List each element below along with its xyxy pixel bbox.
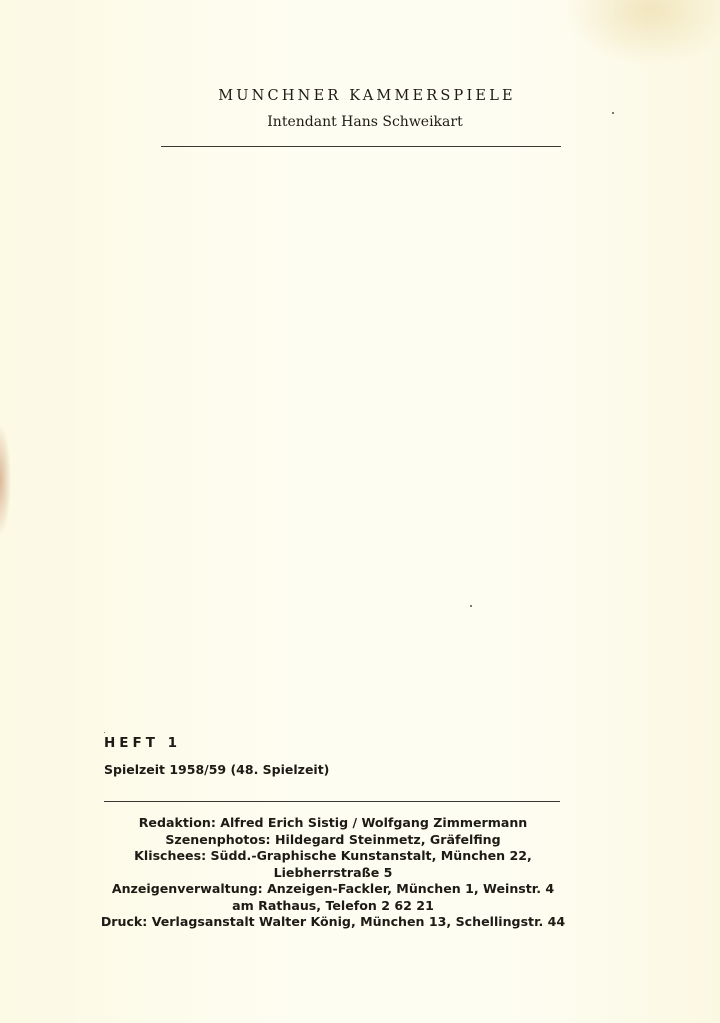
season-line: Spielzeit 1958/59 (48. Spielzeit)	[104, 762, 329, 777]
credit-advertising: Anzeigenverwaltung: Anzeigen-Fackler, Mü…	[100, 881, 566, 898]
paper-speck	[470, 605, 472, 607]
paper-speck	[612, 112, 614, 114]
issue-label: HEFT 1	[104, 735, 181, 751]
paper-speck	[104, 732, 105, 733]
credits-rule	[104, 801, 560, 802]
header-rule	[161, 146, 561, 147]
intendant-line: Intendant Hans Schweikart	[170, 114, 560, 130]
credits-block: Redaktion: Alfred Erich Sistig / Wolfgan…	[100, 815, 566, 931]
credit-printing: Druck: Verlagsanstalt Walter König, Münc…	[100, 914, 566, 931]
credit-photos: Szenenphotos: Hildegard Steinmetz, Gräfe…	[100, 832, 566, 849]
masthead: MUNCHNER KAMMERSPIELE Intendant Hans Sch…	[160, 88, 560, 130]
printed-page: MUNCHNER KAMMERSPIELE Intendant Hans Sch…	[0, 0, 720, 1023]
theatre-title: MUNCHNER KAMMERSPIELE	[174, 88, 560, 104]
credit-editors: Redaktion: Alfred Erich Sistig / Wolfgan…	[100, 815, 566, 832]
credit-plates: Klischees: Südd.-Graphische Kunstanstalt…	[100, 848, 566, 865]
credit-advertising-address: am Rathaus, Telefon 2 62 21	[100, 898, 566, 915]
credit-plates-address: Liebherrstraße 5	[100, 865, 566, 882]
